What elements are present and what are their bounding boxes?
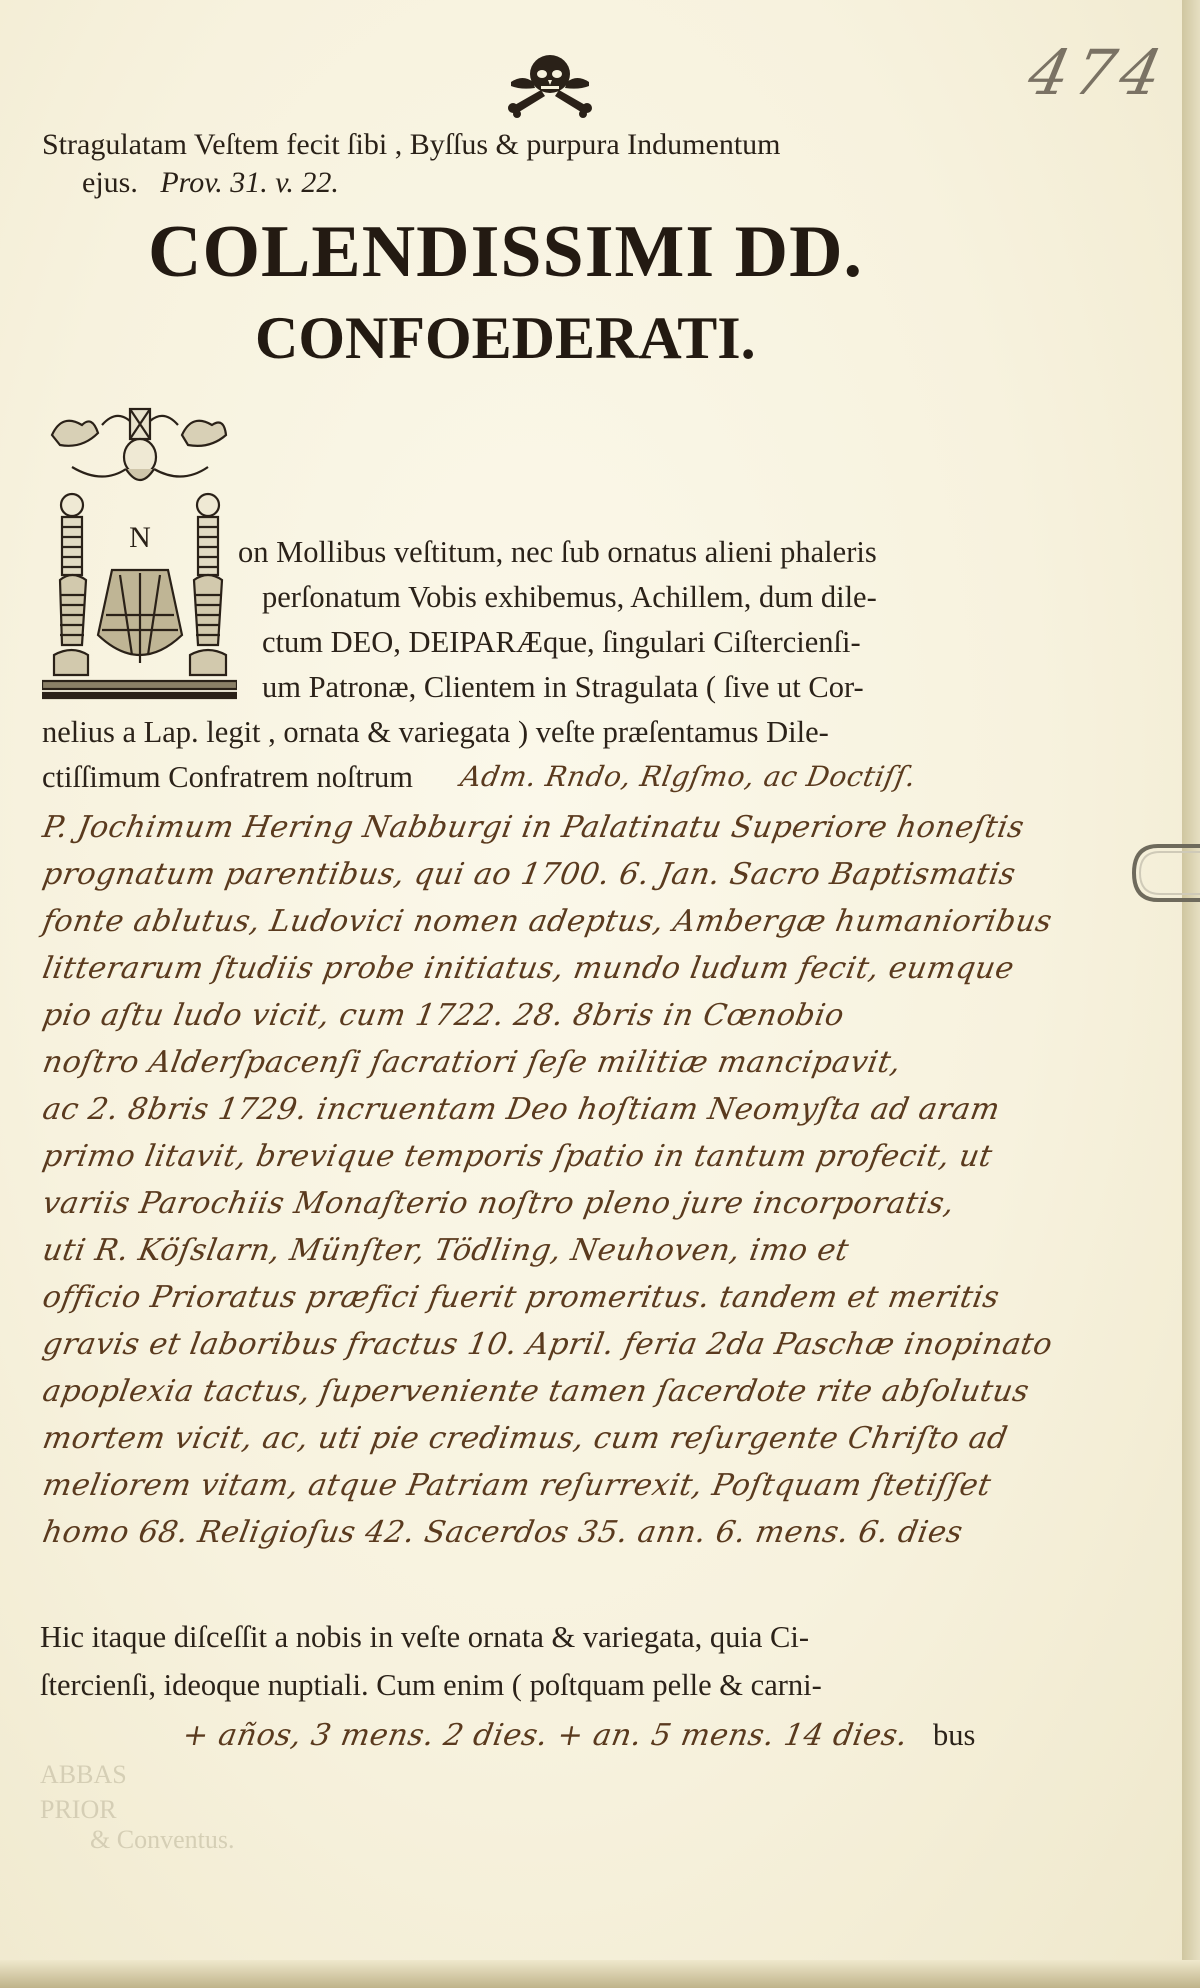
handwritten-line: ac 2. 8bris 1729. incruentam Deo hoſtiam… <box>40 1092 1003 1127</box>
printed-line: on Mollibus veſtitum, nec ſub ornatus al… <box>238 535 877 570</box>
handwritten-line: pio aſtu ludo vicit, cum 1722. 28. 8bris… <box>40 998 847 1033</box>
motto-text: ejus. <box>82 166 138 199</box>
motto-line-1: Stragulatam Veſtem fecit ſibi , Byſſus &… <box>42 128 781 162</box>
handwritten-line: gravis et laboribus fractus 10. April. f… <box>40 1327 1055 1362</box>
handwritten-line: meliorem vitam, atque Patriam reſurrexit… <box>40 1468 994 1503</box>
closing-printed-line: ſtercienſi, ideoque nuptiali. Cum enim (… <box>40 1668 822 1703</box>
skull-and-crossbones-icon <box>505 48 595 118</box>
printed-line: um Patronæ, Clientem in Stragulata ( ſiv… <box>262 670 864 705</box>
printed-line: perſonatum Vobis exhibemus, Achillem, du… <box>262 580 877 615</box>
handwritten-line: prognatum parentibus, qui ao 1700. 6. Ja… <box>40 857 1018 892</box>
paper-clip-icon <box>1128 828 1200 918</box>
handwritten-line: uti R. Köſslarn, Münſter, Tödling, Neuho… <box>40 1233 852 1268</box>
bible-citation: Prov. 31. v. 22. <box>160 166 339 199</box>
bleed-through-text: PRIOR <box>40 1795 117 1825</box>
handwritten-line: primo litavit, brevique temporis ſpatio … <box>40 1139 995 1174</box>
page-subtitle: CONFOEDERATI. <box>255 304 756 373</box>
printed-line: ctiſſimum Confratrem noſtrum <box>42 760 413 795</box>
handwritten-line: P. Jochimum Hering Nabburgi in Palatinat… <box>40 810 1027 845</box>
handwritten-line: noſtro Alderſpacenſi ſacratiori ſeſe mil… <box>40 1045 904 1080</box>
closing-tail-word: bus <box>933 1718 975 1753</box>
bleed-through-text: & Conventus. <box>90 1825 234 1855</box>
handwritten-line: variis Parochiis Monaſterio noſtro pleno… <box>40 1186 957 1221</box>
printed-line: ctum DEO, DEIPARÆque, ſingulari Ciſterci… <box>262 625 861 660</box>
page-number: 474 <box>1022 36 1174 109</box>
handwritten-line: litterarum ſtudiis probe initiatus, mund… <box>40 951 1017 986</box>
bleed-through-text: ABBAS <box>40 1760 127 1790</box>
page-title: COLENDISSIMI DD. <box>148 210 863 295</box>
handwritten-line: apoplexia tactus, ſuperveniente tamen ſa… <box>40 1374 1032 1409</box>
svg-text:N: N <box>129 521 151 554</box>
closing-printed-line: Hic itaque diſceſſit a nobis in veſte or… <box>40 1620 809 1655</box>
handwritten-inline: Adm. Rndo, Rlgſmo, ac Doctiſſ. <box>458 760 919 793</box>
page-edge <box>1182 0 1200 1988</box>
page-bottom-edge <box>0 1960 1200 1988</box>
handwritten-line: officio Prioratus præfici fuerit promeri… <box>40 1280 1002 1315</box>
motto-line-2: ejus. Prov. 31. v. 22. <box>82 166 339 200</box>
decorated-initial: N <box>42 405 237 703</box>
handwritten-line: fonte ablutus, Ludovici nomen adeptus, A… <box>40 904 1055 939</box>
printed-line: nelius a Lap. legit , ornata & variegata… <box>42 715 829 750</box>
closing-handwritten-line: + años, 3 mens. 2 dies. + an. 5 mens. 14… <box>180 1718 911 1753</box>
decorated-initial-skeletons-icon: N <box>42 405 237 703</box>
handwritten-line: homo 68. Religioſus 42. Sacerdos 35. ann… <box>40 1515 965 1550</box>
handwritten-line: mortem vicit, ac, uti pie credimus, cum … <box>40 1421 1010 1456</box>
